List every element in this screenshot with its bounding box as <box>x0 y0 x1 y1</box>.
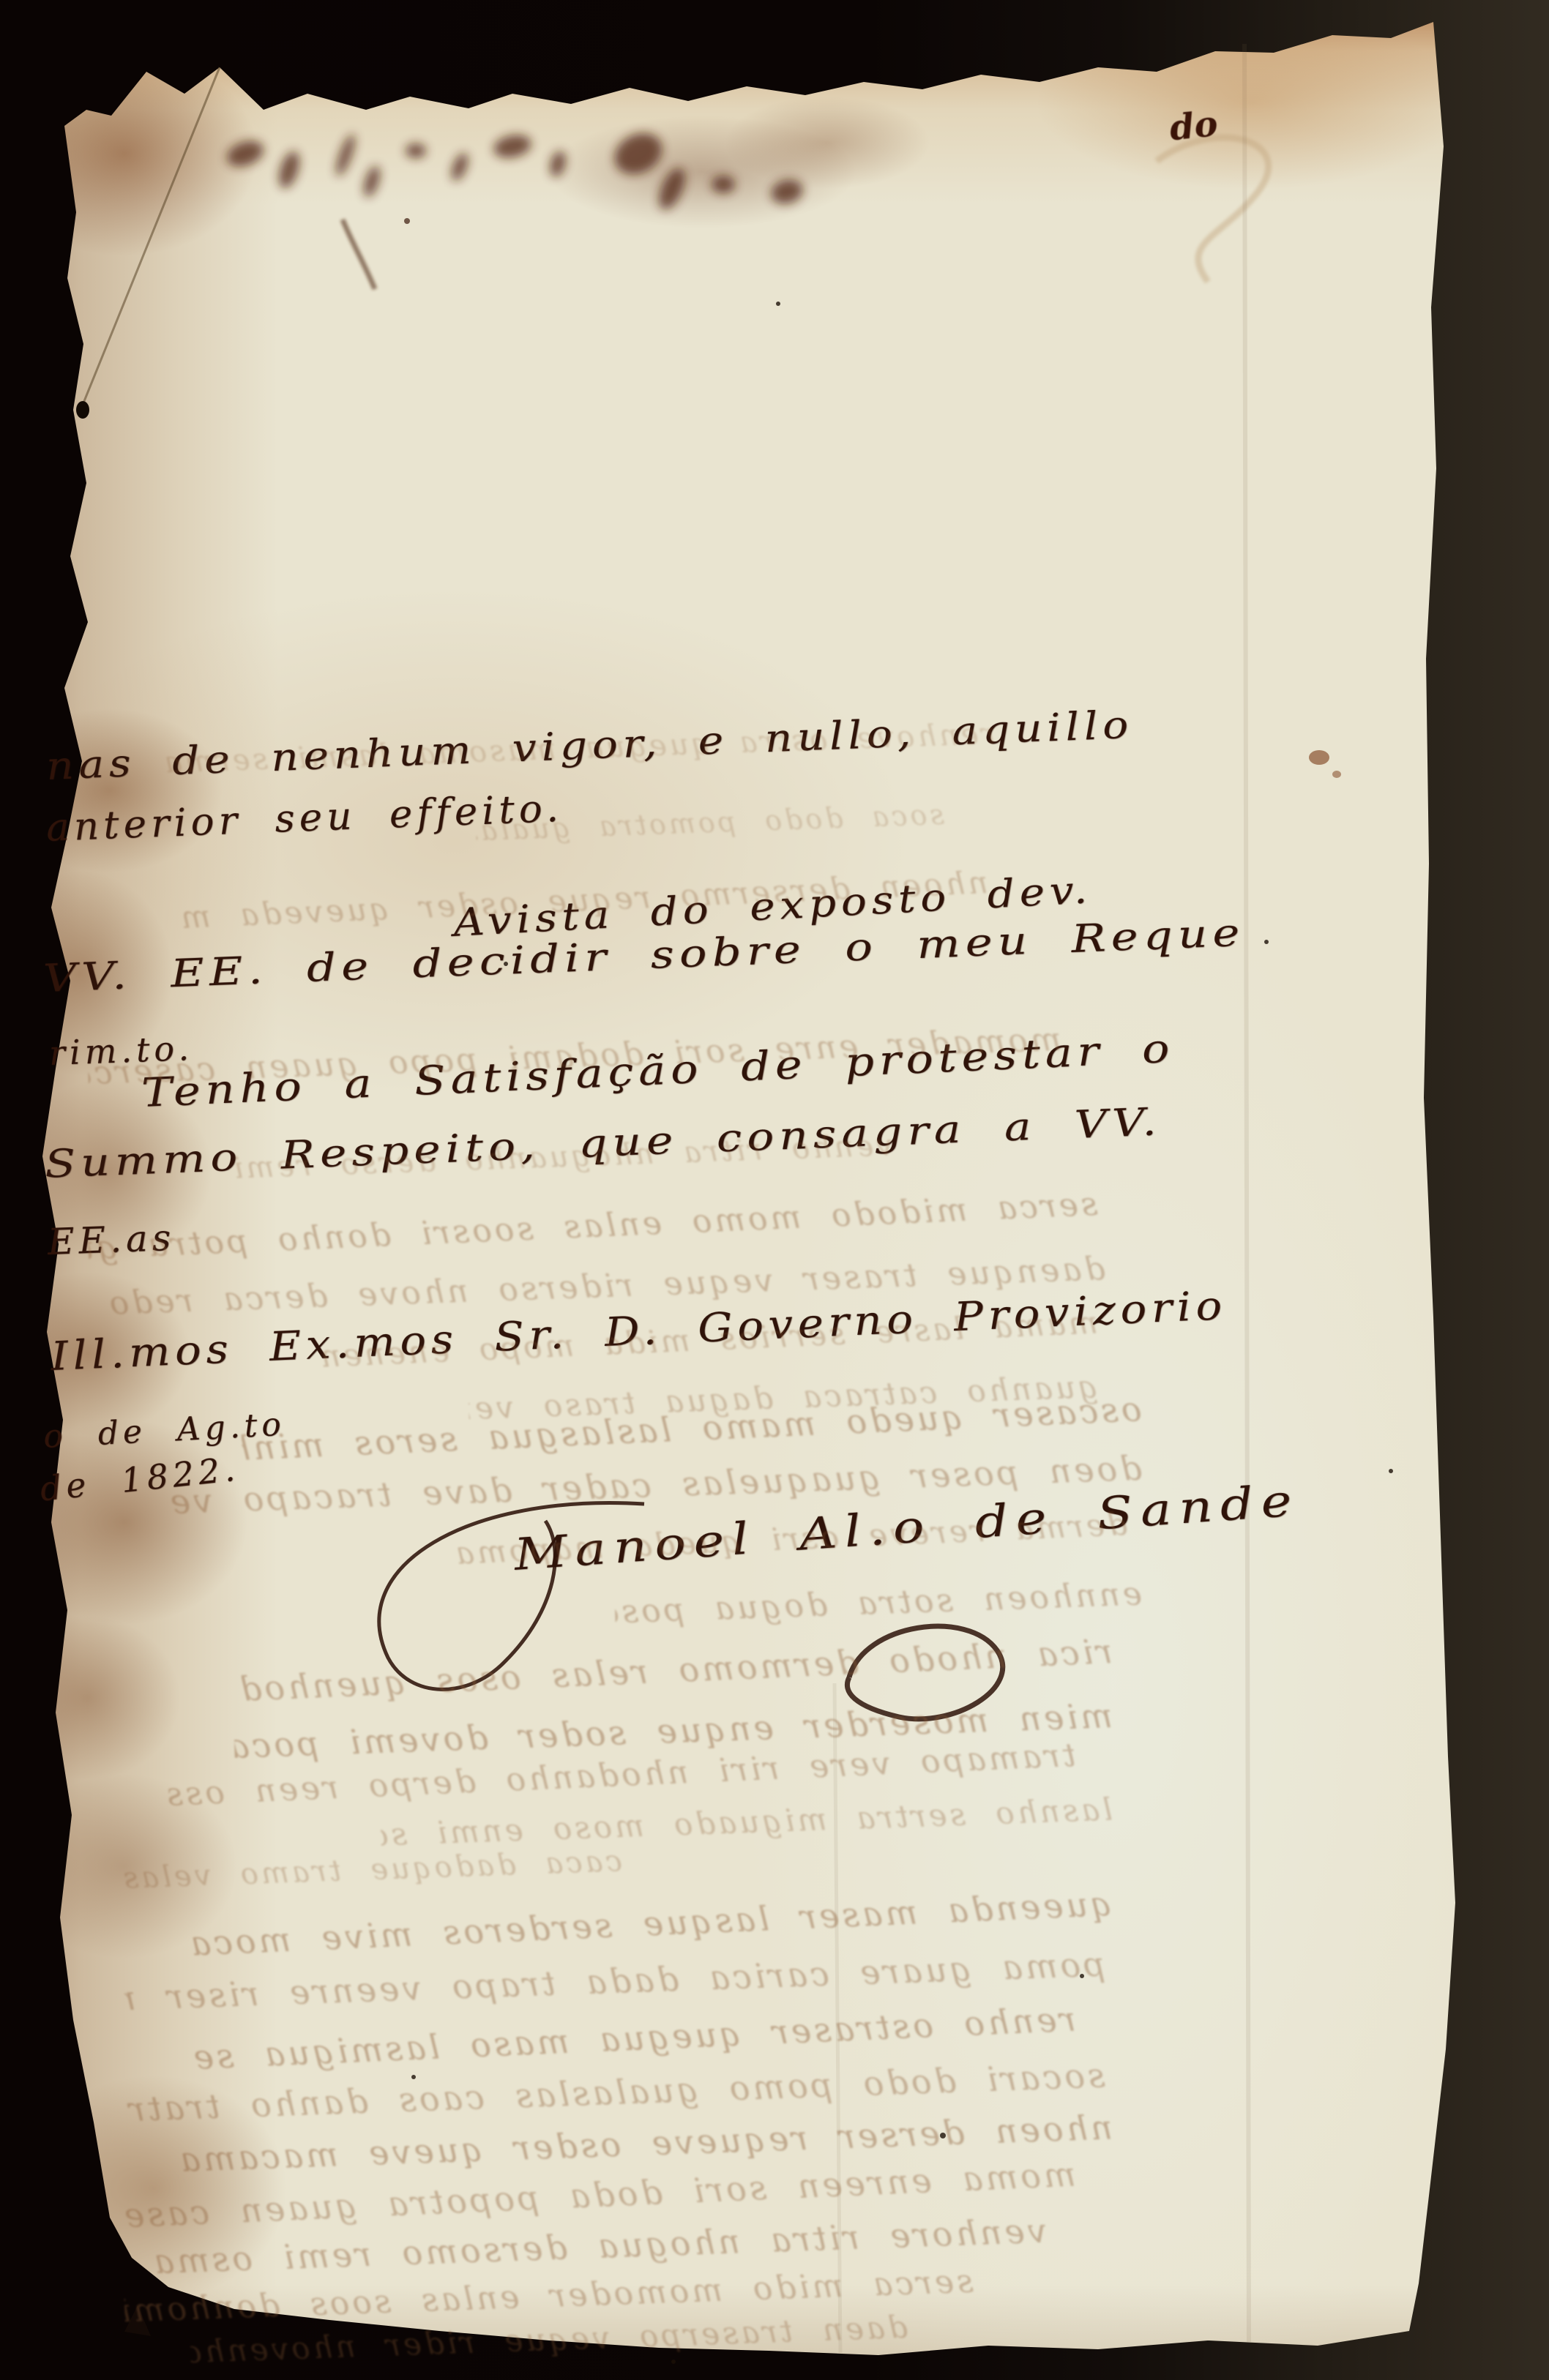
scanned-manuscript-photo: do nas de nenhum vigor, e nullo, aquillo… <box>0 0 1549 2380</box>
top-right-annotation: do <box>1168 103 1220 149</box>
